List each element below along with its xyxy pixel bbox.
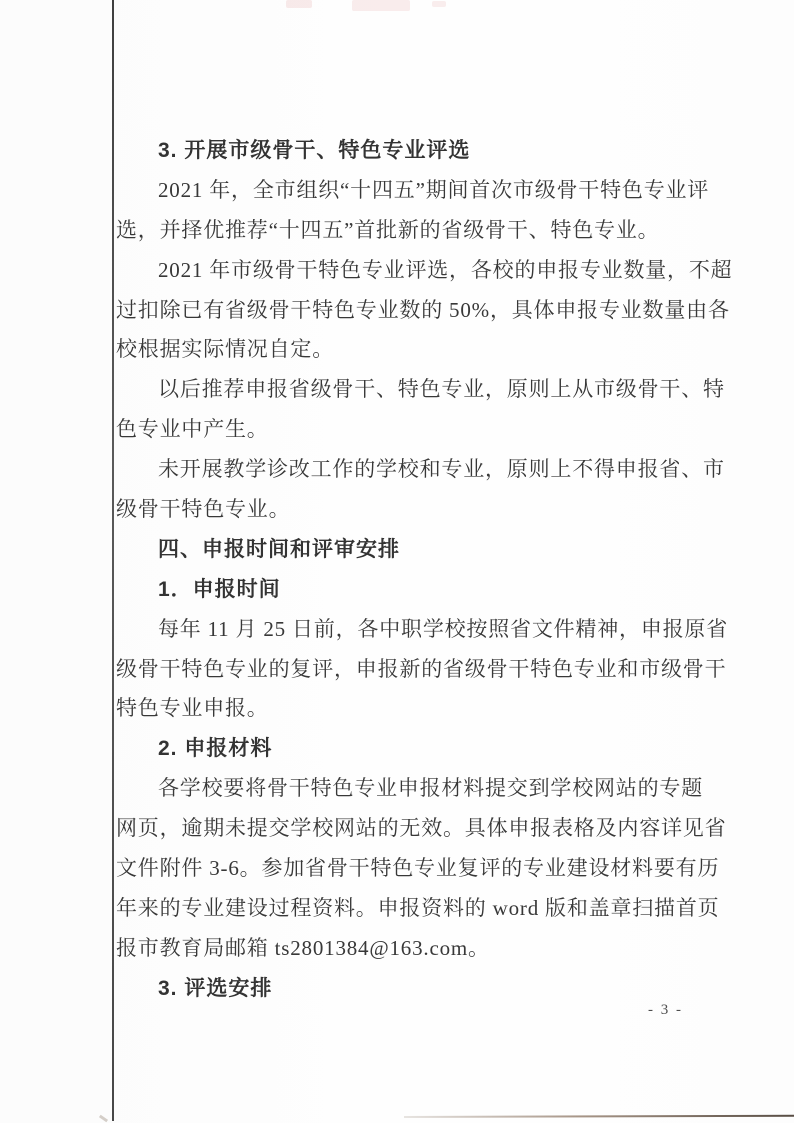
- scan-artifact-pink-mark: [286, 0, 312, 8]
- heading-line: 四、申报时间和评审安排: [116, 530, 704, 570]
- left-margin-scan-line: [112, 0, 114, 1121]
- text-line: 过扣除已有省级骨干特色专业数的 50%，具体申报专业数量由各: [116, 291, 704, 331]
- scan-artifact-pink-mark: [432, 1, 446, 7]
- text-line: 选，并择优推荐“十四五”首批新的省级骨干、特色专业。: [116, 211, 704, 251]
- text-line: 校根据实际情况自定。: [116, 330, 704, 370]
- text-line: 2021 年，全市组织“十四五”期间首次市级骨干特色专业评: [116, 171, 704, 211]
- text-line: 级骨干特色专业。: [116, 490, 704, 530]
- scan-corner-artifact: [99, 1115, 108, 1123]
- text-line: 每年 11 月 25 日前，各中职学校按照省文件精神，申报原省: [116, 610, 704, 650]
- heading-line: 1．申报时间: [116, 570, 704, 610]
- scanned-document-page: 3. 开展市级骨干、特色专业评选2021 年，全市组织“十四五”期间首次市级骨干…: [0, 0, 794, 1123]
- text-line: 各学校要将骨干特色专业申报材料提交到学校网站的专题: [116, 769, 704, 809]
- text-line: 以后推荐申报省级骨干、特色专业，原则上从市级骨干、特: [116, 370, 704, 410]
- text-line: 网页，逾期未提交学校网站的无效。具体申报表格及内容详见省: [116, 809, 704, 849]
- text-line: 未开展教学诊改工作的学校和专业，原则上不得申报省、市: [116, 450, 704, 490]
- scan-artifact-pink-mark: [352, 0, 410, 11]
- scan-bottom-page-edge: [404, 1115, 794, 1118]
- text-line: 色专业中产生。: [116, 410, 704, 450]
- page-number: - 3 -: [648, 1002, 683, 1019]
- heading-line: 3. 开展市级骨干、特色专业评选: [116, 131, 704, 171]
- text-line: 报市教育局邮箱 ts2801384@163.com。: [116, 929, 704, 969]
- text-line: 文件附件 3-6。参加省骨干特色专业复评的专业建设材料要有历: [116, 849, 704, 889]
- text-line: 年来的专业建设过程资料。申报资料的 word 版和盖章扫描首页: [116, 889, 704, 929]
- heading-line: 2. 申报材料: [116, 729, 704, 769]
- text-line: 特色专业申报。: [116, 689, 704, 729]
- document-lines: 3. 开展市级骨干、特色专业评选2021 年，全市组织“十四五”期间首次市级骨干…: [116, 131, 704, 1009]
- text-line: 2021 年市级骨干特色专业评选，各校的申报专业数量，不超: [116, 251, 704, 291]
- heading-line: 3. 评选安排: [116, 969, 704, 1009]
- text-line: 级骨干特色专业的复评，申报新的省级骨干特色专业和市级骨干: [116, 650, 704, 690]
